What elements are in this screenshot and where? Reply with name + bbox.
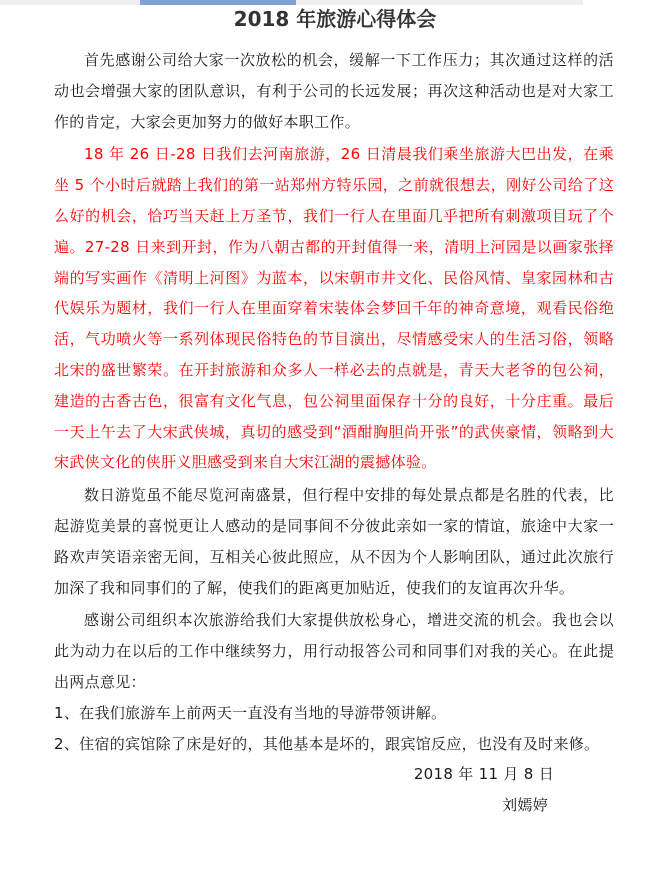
- paragraph-thanks: 感谢公司组织本次旅游给我们大家提供放松身心，增进交流的机会。我也会以此为动力在以…: [54, 605, 614, 697]
- signature-author: 刘嫣婷: [54, 790, 614, 821]
- suggestion-item: 2、住宿的宾馆除了床是好的，其他基本是坏的，跟宾馆反应，也没有及时来修。: [54, 729, 614, 760]
- paragraph-intro: 首先感谢公司给大家一次放松的机会，缓解一下工作压力；其次通过这样的活动也会增强大…: [54, 45, 614, 137]
- paragraph-trip-details: 18 年 26 日-28 日我们去河南旅游，26 日清晨我们乘坐旅游大巴出发，在…: [54, 139, 614, 478]
- document-title: 2018 年旅游心得体会: [0, 5, 670, 33]
- paragraph-reflection: 数日游览虽不能尽览河南盛景，但行程中安排的每处景点都是名胜的代表，比起游览美景的…: [54, 480, 614, 603]
- document-body: 首先感谢公司给大家一次放松的机会，缓解一下工作压力；其次通过这样的活动也会增强大…: [54, 45, 614, 821]
- suggestion-item: 1、在我们旅游车上前两天一直没有当地的导游带领讲解。: [54, 698, 614, 729]
- signature-date: 2018 年 11 月 8 日: [54, 759, 614, 790]
